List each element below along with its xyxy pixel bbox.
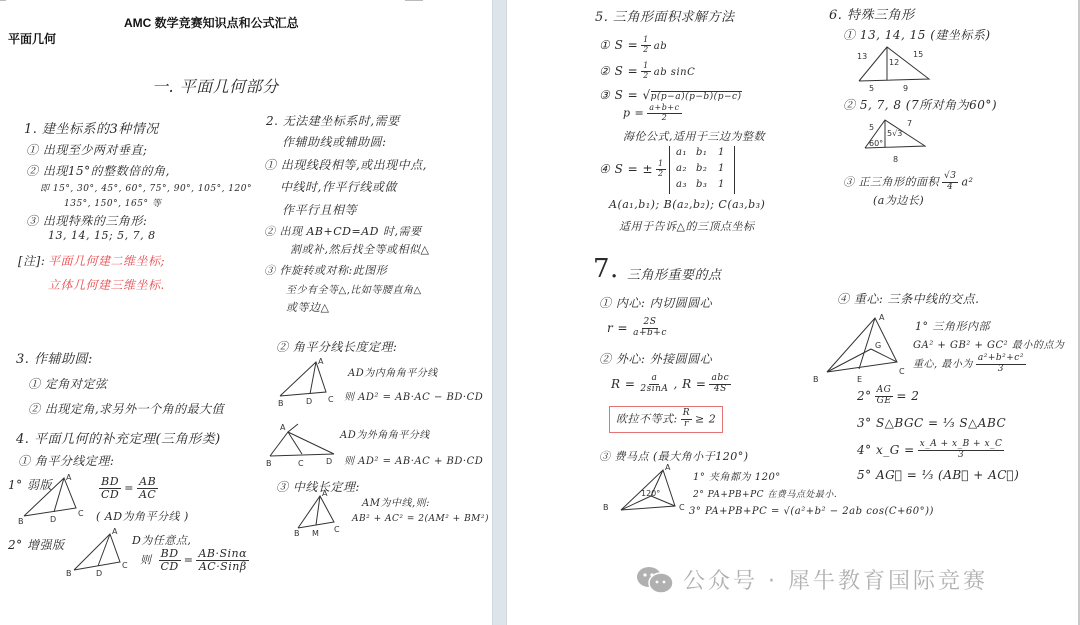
svg-text:A: A	[280, 423, 286, 432]
fermat-property-1: 1° 夹角都为 120°	[693, 468, 781, 483]
section-5-title: 5. 三角形面积求解方法	[595, 6, 735, 25]
centroid: ④ 重心: 三条中线的交点.	[837, 290, 980, 307]
coordinates-note: 适用于告诉△的三顶点坐标	[619, 218, 754, 234]
general-point-diagram: A B D C	[66, 530, 126, 575]
semi-perimeter: p =a+b+c2	[623, 104, 685, 123]
outer-bisector-diagram: A B C D	[266, 424, 346, 464]
svg-text:8: 8	[893, 155, 898, 164]
formula-4: ④ S = ±12	[599, 160, 669, 179]
svg-text:A: A	[66, 473, 72, 482]
svg-text:B: B	[266, 459, 272, 468]
section-heading: 一. 平面几何部分	[152, 74, 279, 97]
section-3-item: ② 出现定角,求另外一个角的最大值	[28, 400, 224, 417]
section-7-title: 三角形重要的点	[627, 264, 722, 283]
svg-text:C: C	[334, 525, 340, 534]
strong-formula: 则 BDCD=AB·SinαAC·Sinβ	[140, 548, 252, 573]
page-corner-mark	[0, 0, 6, 1]
centroid-property-4: 4° x_G =x_A + x_B + x_C3	[857, 440, 1007, 461]
svg-text:B: B	[603, 503, 609, 512]
centroid-property-1c: 重心, 最小为a²+b²+c²3	[913, 354, 1029, 375]
section-4-item: ① 角平分线定理:	[18, 452, 114, 469]
section-2-item: ② 出现 AB+CD=AD 时,需要	[264, 223, 421, 239]
svg-text:B: B	[66, 569, 72, 578]
svg-text:G: G	[875, 341, 881, 350]
svg-text:E: E	[857, 375, 862, 384]
outer-bisector-formula: 则 AD² = AB·AC + BD·CD	[344, 452, 483, 467]
inner-bisector-formula: 则 AD² = AB·AC − BD·CD	[344, 388, 483, 403]
note-line: 立体几何建三维坐标.	[48, 276, 165, 293]
triangle-13-14-15: ① 13, 14, 15 (建坐标系)	[843, 26, 991, 43]
equilateral-note: (a为边长)	[873, 192, 924, 208]
svg-text:C: C	[679, 503, 685, 512]
section-7-number: 7.	[593, 254, 619, 284]
svg-text:B: B	[294, 529, 300, 538]
strong-note: D为任意点,	[132, 532, 191, 548]
svg-text:5: 5	[869, 123, 874, 132]
svg-text:9: 9	[903, 84, 908, 93]
note-label: [注]:	[18, 252, 45, 269]
centroid-property-1b: GA² + GB² + GC² 最小的点为	[913, 336, 1064, 351]
section-1-item: ① 出现至少两对垂直;	[26, 141, 147, 158]
centroid-diagram: A B E C G	[819, 314, 899, 384]
centroid-property-1: 1° 三角形内部	[915, 318, 990, 334]
triangle-5-7-8-diagram: 5 7 5√3 60° 8	[863, 118, 933, 158]
svg-text:5√3: 5√3	[887, 129, 902, 138]
fermat-property-3: 3° PA+PB+PC = √(a²+b² − 2ab cos(C+60°))	[689, 506, 934, 517]
formula-3: ③ S = √p(p−a)(p−b)(p−c)	[599, 88, 742, 102]
svg-text:B: B	[18, 517, 24, 526]
svg-text:C: C	[328, 395, 334, 404]
section-3-item: ① 定角对定弦	[28, 375, 107, 392]
euler-inequality-box: 欧拉不等式:Rr≥ 2	[609, 406, 723, 433]
inner-bisector-note: AD为内角角平分线	[348, 364, 438, 379]
incenter: ① 内心: 内切圆圆心	[599, 294, 712, 311]
strong-version-label: 2° 增强版	[8, 536, 64, 553]
fermat-property-2: 2° PA+PB+PC 在费马点处最小.	[693, 487, 837, 500]
fermat-point: ③ 费马点 (最大角小于120°)	[599, 448, 749, 464]
svg-text:M: M	[312, 529, 319, 538]
centroid-property-5: 5° AG⃗ = ⅓ (AB⃗ + AC⃗)	[857, 468, 1019, 482]
svg-text:12: 12	[889, 58, 899, 67]
section-2-item: 或等边△	[286, 299, 329, 315]
section-4-item: ② 角平分线长度定理:	[276, 338, 397, 355]
triangle-5-7-8: ② 5, 7, 8 (7所对角为60°)	[843, 96, 997, 113]
triangle-13-14-15-diagram: 13 15 12 5 9	[857, 45, 937, 90]
centroid-property-3: 3° S△BGC = ⅓ S△ABC	[857, 416, 1006, 430]
outer-bisector-note: AD为外角角平分线	[340, 426, 430, 441]
median-note: AM为中线,则:	[362, 494, 430, 509]
svg-text:13: 13	[857, 52, 867, 61]
watermark-text: 公众号 · 犀牛教育国际竞赛	[683, 564, 988, 595]
inradius-formula: r =2Sa+b+c	[607, 318, 672, 339]
section-3-title: 3. 作辅助圆:	[16, 348, 93, 367]
centroid-property-2: 2°AGGE= 2	[857, 386, 919, 407]
inner-bisector-diagram: A B D C	[276, 360, 336, 405]
svg-text:C: C	[78, 509, 84, 518]
section-1-item: ③ 出现特殊的三角形:	[26, 212, 147, 229]
svg-text:5: 5	[869, 84, 874, 93]
wechat-icon	[635, 565, 675, 595]
section-4-title: 4. 平面几何的补充定理(三角形类)	[16, 428, 221, 447]
weak-note: ( AD为角平分线 )	[96, 508, 189, 524]
determinant-matrix: a₁ b₁ 1 a₂ b₂ 1 a₃ b₃ 1	[669, 146, 735, 194]
svg-text:D: D	[96, 569, 102, 578]
section-2-item: ③ 作旋转或对称:此图形	[264, 262, 387, 278]
section-1-item: 即 15°, 30°, 45°, 60°, 75°, 90°, 105°, 12…	[40, 181, 252, 194]
section-2-title: 作辅助线或辅助圆:	[282, 133, 387, 150]
svg-text:C: C	[298, 459, 304, 468]
section-4-item: ③ 中线长定理:	[276, 478, 360, 495]
section-2-title: 2. 无法建坐标系时,需要	[266, 112, 400, 129]
circumradius-formula: R =a2sinA, R =abc4S	[611, 374, 734, 395]
median-diagram: A B M C	[294, 494, 344, 534]
svg-text:7: 7	[907, 119, 912, 128]
section-1-item: 135°, 150°, 165° 等	[64, 196, 161, 209]
svg-text:A: A	[112, 527, 118, 536]
svg-text:15: 15	[913, 50, 923, 59]
section-2-item: 至少有全等△,比如等腰直角△	[286, 281, 422, 296]
svg-text:B: B	[278, 399, 284, 408]
heron-note: 海伦公式,适用于三边为整数	[623, 128, 765, 144]
weak-formula: BDCD=ABAC	[96, 476, 161, 501]
section-2-item: ① 出现线段相等,或出现中点,	[264, 156, 427, 173]
svg-text:D: D	[306, 397, 312, 406]
document-title: AMC 数学竞赛知识点和公式汇总	[124, 14, 299, 31]
section-6-title: 6. 特殊三角形	[829, 4, 915, 23]
svg-text:120°: 120°	[641, 489, 660, 498]
section-1-item: ② 出现15°的整数倍的角,	[26, 162, 170, 179]
section-1-item: 13, 14, 15; 5, 7, 8	[48, 229, 156, 242]
equilateral-area: ③ 正三角形的面积√34a²	[843, 172, 973, 193]
svg-text:C: C	[122, 561, 128, 570]
svg-text:A: A	[879, 313, 885, 322]
circumcenter: ② 外心: 外接圆圆心	[599, 350, 712, 367]
median-formula: AB² + AC² = 2(AM² + BM²)	[352, 514, 489, 524]
note-line: 平面几何建二维坐标;	[48, 252, 165, 269]
page-corner-mark	[405, 0, 423, 1]
svg-text:B: B	[813, 375, 819, 384]
vertex-coordinates: A(a₁,b₁); B(a₂,b₂); C(a₃,b₃)	[609, 198, 765, 211]
formula-2: ② S =12ab sinC	[599, 62, 695, 81]
svg-text:A: A	[665, 463, 671, 472]
document-page-left: AMC 数学竞赛知识点和公式汇总 平面几何 一. 平面几何部分 1. 建坐标系的…	[0, 0, 492, 625]
angle-bisector-diagram: A B D C	[18, 472, 88, 522]
section-2-item: 中线时,作平行线或做	[280, 178, 397, 195]
svg-text:D: D	[326, 457, 332, 466]
document-page-right: 5. 三角形面积求解方法 ① S =12ab ② S =12ab sinC ③ …	[507, 0, 1079, 625]
fermat-point-diagram: A B C 120°	[617, 466, 677, 516]
section-2-item: 作平行且相等	[282, 201, 357, 218]
section-2-item: 割或补,然后找全等或相似△	[290, 241, 429, 257]
svg-text:A: A	[322, 489, 328, 498]
svg-text:D: D	[50, 515, 56, 524]
svg-text:A: A	[318, 357, 324, 366]
svg-text:60°: 60°	[869, 139, 883, 148]
section-1-title: 1. 建坐标系的3种情况	[24, 118, 159, 137]
watermark: 公众号 · 犀牛教育国际竞赛	[635, 564, 988, 595]
document-subtitle: 平面几何	[8, 30, 56, 47]
svg-text:C: C	[899, 367, 905, 376]
formula-1: ① S =12ab	[599, 36, 667, 55]
page-gap	[492, 0, 507, 625]
